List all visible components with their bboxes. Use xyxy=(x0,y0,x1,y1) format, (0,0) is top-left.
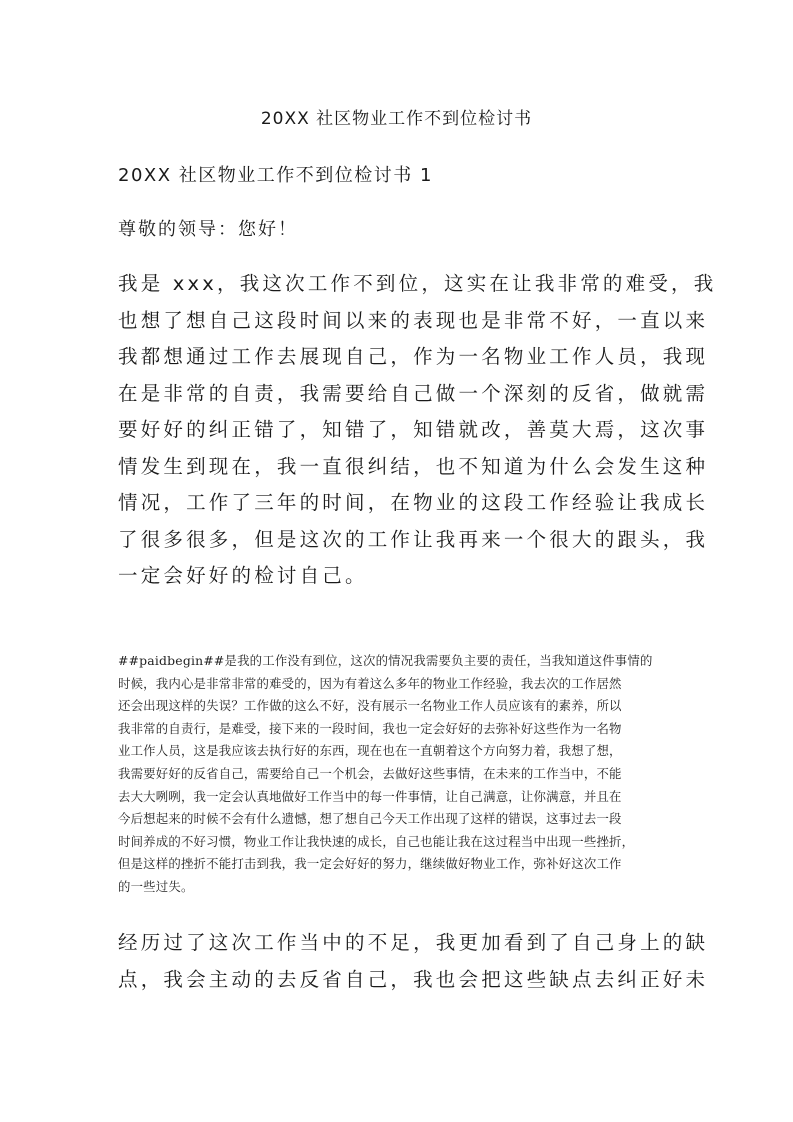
text-line: 我需要好好的反省自己，需要给自己一个机会，去做好这些事情，在未来的工作当中，不能 xyxy=(118,763,678,786)
text-line: 时候，我内心是非常非常的难受的，因为有着这么多年的物业工作经验，我去次的工作居然 xyxy=(118,673,678,696)
text-line: 时间养成的不好习惯，物业工作让我快速的成长，自己也能让我在这过程当中出现一些挫折… xyxy=(118,831,678,854)
salutation: 尊敬的领导：您好！ xyxy=(118,215,298,241)
text-line: 的一些过失。 xyxy=(118,876,678,899)
text-line: 要好好的纠正错了，知错了，知错就改，善莫大焉，这次事 xyxy=(118,412,678,449)
text-line: 还会出现这样的失误？工作做的这么不好，没有展示一名物业工作人员应该有的素养，所以 xyxy=(118,695,678,718)
text-line: 情发生到现在，我一直很纠结，也不知道为什么会发生这种 xyxy=(118,449,678,486)
text-line: 一定会好好的检讨自己。 xyxy=(118,558,678,595)
text-line: 业工作人员，这是我应该去执行好的东西，现在也在一直朝着这个方向努力着，我想了想， xyxy=(118,740,678,763)
text-line: 点，我会主动的去反省自己，我也会把这些缺点去纠正好未 xyxy=(118,962,678,999)
text-line: 今后想起来的时候不会有什么遗憾，想了想自己今天工作出现了这样的错误，这事过去一段 xyxy=(118,808,678,831)
text-line: 了很多很多，但是这次的工作让我再来一个很大的跟头，我 xyxy=(118,522,678,559)
paragraph-3: 经历过了这次工作当中的不足，我更加看到了自己身上的缺 点，我会主动的去反省自己，… xyxy=(118,925,678,998)
text-line: 经历过了这次工作当中的不足，我更加看到了自己身上的缺 xyxy=(118,925,678,962)
paragraph-2: ##paidbegin##是我的工作没有到位，这次的情况我需要负主要的责任，当我… xyxy=(118,650,678,899)
text-line: 我非常的自责行，是难受，接下来的一段时间，我也一定会好好的去弥补好这些作为一名物 xyxy=(118,718,678,741)
text-line: 但是这样的挫折不能打击到我，我一定会好好的努力，继续做好物业工作，弥补好这次工作 xyxy=(118,853,678,876)
text-line: 我都想通过工作去展现自己，作为一名物业工作人员，我现 xyxy=(118,339,678,376)
section-heading: 20XX 社区物业工作不到位检讨书 1 xyxy=(118,161,433,187)
text-line: ##paidbegin##是我的工作没有到位，这次的情况我需要负主要的责任，当我… xyxy=(118,650,678,673)
paragraph-1: 我是 xxx，我这次工作不到位，这实在让我非常的难受，我 也想了想自己这段时间以… xyxy=(118,266,678,595)
text-line: 去大大咧咧，我一定会认真地做好工作当中的每一件事情，让自己满意，让你满意，并且在 xyxy=(118,786,678,809)
text-line: 我是 xxx，我这次工作不到位，这实在让我非常的难受，我 xyxy=(118,266,678,303)
text-line: 也想了想自己这段时间以来的表现也是非常不好，一直以来 xyxy=(118,303,678,340)
document-page: 20XX 社区物业工作不到位检讨书 20XX 社区物业工作不到位检讨书 1 尊敬… xyxy=(0,0,793,1122)
text-line: 在是非常的自责，我需要给自己做一个深刻的反省，做就需 xyxy=(118,376,678,413)
document-title: 20XX 社区物业工作不到位检讨书 xyxy=(0,104,793,129)
text-line: 情况，工作了三年的时间，在物业的这段工作经验让我成长 xyxy=(118,485,678,522)
